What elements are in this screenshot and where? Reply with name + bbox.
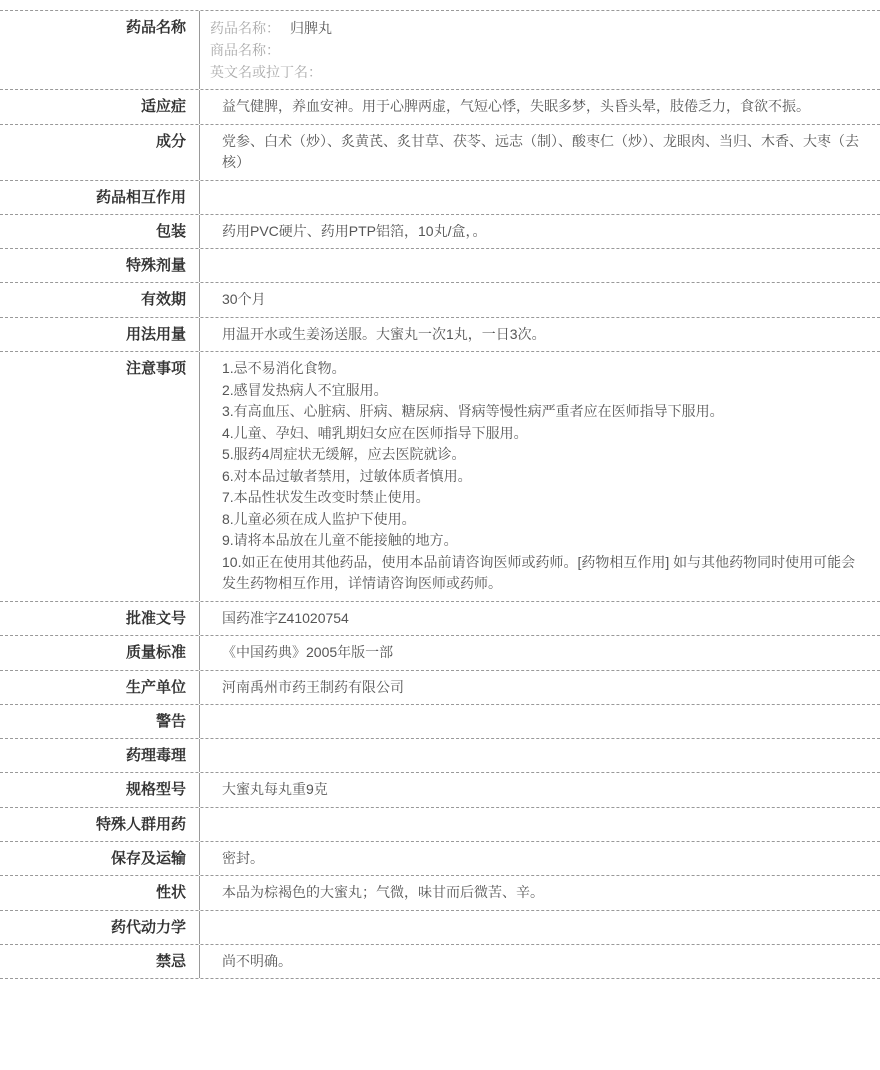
row-label: 药品相互作用 bbox=[0, 181, 200, 214]
english-name-label: 英文名或拉丁名： bbox=[210, 61, 868, 83]
table-row-drug-name: 药品名称 药品名称：归脾丸 商品名称： 英文名或拉丁名： bbox=[0, 11, 880, 90]
row-value: 用温开水或生姜汤送服。大蜜丸一次1丸，一日3次。 bbox=[200, 318, 880, 352]
table-row-special-dosage: 特殊剂量 bbox=[0, 249, 880, 283]
row-label: 有效期 bbox=[0, 283, 200, 317]
table-row-pharmacology-toxicology: 药理毒理 bbox=[0, 739, 880, 773]
row-value: 密封。 bbox=[200, 842, 880, 876]
row-label: 规格型号 bbox=[0, 773, 200, 807]
row-value bbox=[200, 705, 880, 738]
drug-info-table: 药品名称 药品名称：归脾丸 商品名称： 英文名或拉丁名： 适应症 益气健脾，养血… bbox=[0, 10, 880, 979]
row-label: 包装 bbox=[0, 215, 200, 249]
row-label: 生产单位 bbox=[0, 671, 200, 705]
table-row-indications: 适应症 益气健脾，养血安神。用于心脾两虚，气短心悸，失眠多梦，头昏头晕，肢倦乏力… bbox=[0, 90, 880, 125]
row-value: 大蜜丸每丸重9克 bbox=[200, 773, 880, 807]
row-label: 药代动力学 bbox=[0, 911, 200, 944]
table-row-manufacturer: 生产单位 河南禹州市药王制药有限公司 bbox=[0, 671, 880, 706]
generic-name-value: 归脾丸 bbox=[290, 20, 332, 36]
row-label: 质量标准 bbox=[0, 636, 200, 670]
row-label: 警告 bbox=[0, 705, 200, 738]
drug-info-page: 药品名称 药品名称：归脾丸 商品名称： 英文名或拉丁名： 适应症 益气健脾，养血… bbox=[0, 0, 880, 1070]
row-value bbox=[200, 911, 880, 944]
row-value: 30个月 bbox=[200, 283, 880, 317]
table-row-drug-interactions: 药品相互作用 bbox=[0, 181, 880, 215]
row-value: 药用PVC硬片、药用PTP铝箔，10丸/盒，。 bbox=[200, 215, 880, 249]
row-label: 性状 bbox=[0, 876, 200, 910]
generic-name-line: 药品名称：归脾丸 bbox=[210, 17, 868, 39]
table-row-approval-number: 批准文号 国药准字Z41020754 bbox=[0, 602, 880, 637]
table-row-precautions: 注意事项 1.忌不易消化食物。 2.感冒发热病人不宜服用。 3.有高血压、心脏病… bbox=[0, 352, 880, 602]
table-row-special-populations: 特殊人群用药 bbox=[0, 808, 880, 842]
row-value: 国药准字Z41020754 bbox=[200, 602, 880, 636]
row-value bbox=[200, 249, 880, 282]
row-label: 药品名称 bbox=[0, 11, 200, 89]
table-row-shelf-life: 有效期 30个月 bbox=[0, 283, 880, 318]
row-value: 《中国药典》2005年版一部 bbox=[200, 636, 880, 670]
table-row-dosage-usage: 用法用量 用温开水或生姜汤送服。大蜜丸一次1丸，一日3次。 bbox=[0, 318, 880, 353]
table-row-description: 性状 本品为棕褐色的大蜜丸；气微，味甘而后微苦、辛。 bbox=[0, 876, 880, 911]
table-row-packaging: 包装 药用PVC硬片、药用PTP铝箔，10丸/盒，。 bbox=[0, 215, 880, 250]
row-label: 禁忌 bbox=[0, 945, 200, 979]
table-row-quality-standard: 质量标准 《中国药典》2005年版一部 bbox=[0, 636, 880, 671]
row-value bbox=[200, 808, 880, 841]
row-value bbox=[200, 181, 880, 214]
trade-name-label: 商品名称： bbox=[210, 39, 868, 61]
row-label: 保存及运输 bbox=[0, 842, 200, 876]
row-value: 河南禹州市药王制药有限公司 bbox=[200, 671, 880, 705]
table-row-ingredients: 成分 党参、白术（炒）、炙黄芪、炙甘草、茯苓、远志（制）、酸枣仁（炒）、龙眼肉、… bbox=[0, 125, 880, 181]
row-value: 本品为棕褐色的大蜜丸；气微，味甘而后微苦、辛。 bbox=[200, 876, 880, 910]
table-row-warning: 警告 bbox=[0, 705, 880, 739]
table-row-specification: 规格型号 大蜜丸每丸重9克 bbox=[0, 773, 880, 808]
row-label: 适应症 bbox=[0, 90, 200, 124]
generic-name-label: 药品名称： bbox=[210, 20, 280, 36]
row-label: 用法用量 bbox=[0, 318, 200, 352]
table-row-contraindications: 禁忌 尚不明确。 bbox=[0, 945, 880, 980]
row-value: 药品名称：归脾丸 商品名称： 英文名或拉丁名： bbox=[200, 11, 880, 89]
row-label: 药理毒理 bbox=[0, 739, 200, 772]
row-value bbox=[200, 739, 880, 772]
row-label: 批准文号 bbox=[0, 602, 200, 636]
row-label: 成分 bbox=[0, 125, 200, 180]
table-row-storage-transport: 保存及运输 密封。 bbox=[0, 842, 880, 877]
row-value: 益气健脾，养血安神。用于心脾两虚，气短心悸，失眠多梦，头昏头晕，肢倦乏力，食欲不… bbox=[200, 90, 880, 124]
row-label: 特殊人群用药 bbox=[0, 808, 200, 841]
table-row-pharmacokinetics: 药代动力学 bbox=[0, 911, 880, 945]
row-value: 党参、白术（炒）、炙黄芪、炙甘草、茯苓、远志（制）、酸枣仁（炒）、龙眼肉、当归、… bbox=[200, 125, 880, 180]
row-value: 1.忌不易消化食物。 2.感冒发热病人不宜服用。 3.有高血压、心脏病、肝病、糖… bbox=[200, 352, 880, 601]
row-label: 注意事项 bbox=[0, 352, 200, 601]
row-value: 尚不明确。 bbox=[200, 945, 880, 979]
row-label: 特殊剂量 bbox=[0, 249, 200, 282]
